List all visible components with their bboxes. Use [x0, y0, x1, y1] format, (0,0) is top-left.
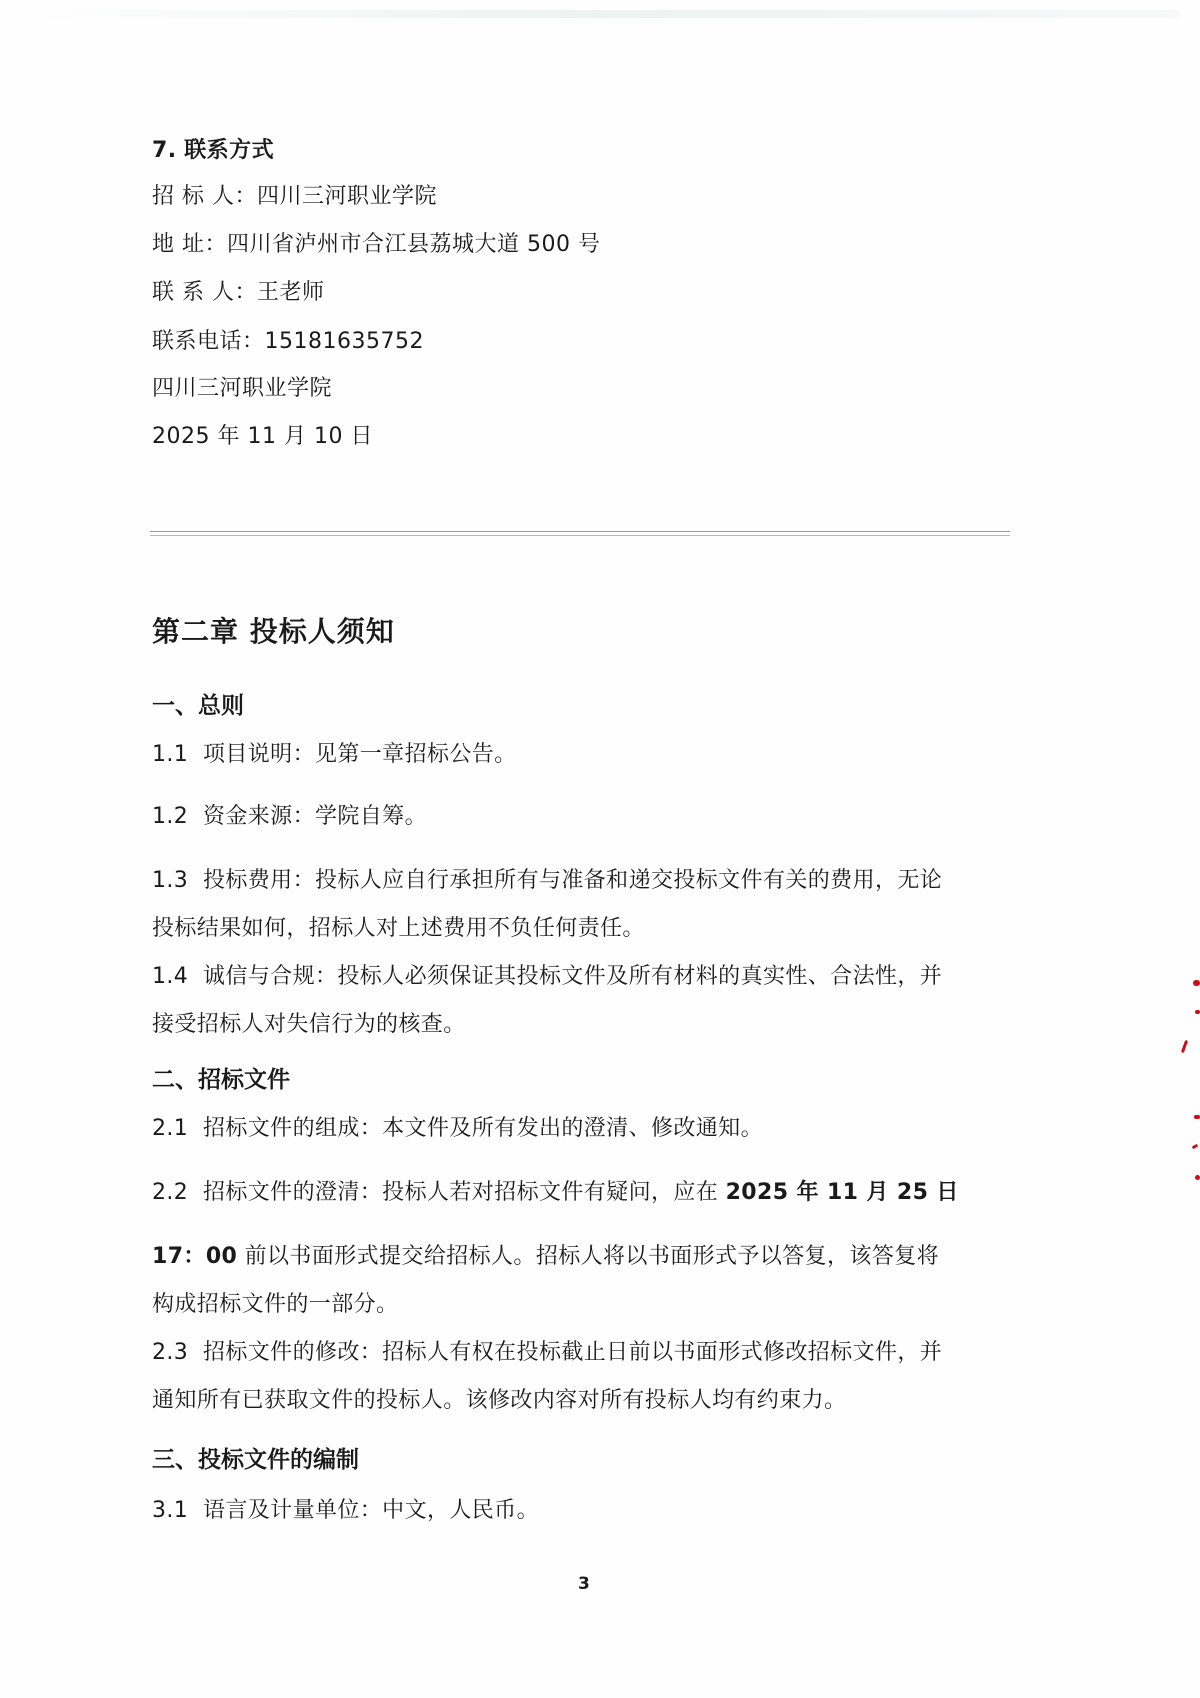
clause-text: 投标费用：投标人应自行承担所有与准备和递交投标文件有关的费用，无论 [203, 868, 942, 893]
clause-2-2-continued: 17：00 前以书面形式提交给招标人。招标人将以书面形式予以答复，该答复将 [152, 1242, 1012, 1272]
phone-row: 联系电话：15181635752 [152, 327, 424, 357]
clause-1-4-continued: 接受招标人对失信行为的核查。 [152, 1010, 1012, 1040]
chapter-title: 第二章 投标人须知 [152, 612, 395, 652]
clause-1-3-continued: 投标结果如何，招标人对上述费用不负任何责任。 [152, 914, 1012, 944]
document-page: 7. 联系方式 招 标 人：四川三河职业学院 地 址：四川省泸州市合江县荔城大道… [0, 0, 1200, 1698]
clarification-deadline-date: 2025 年 11 月 25 日 [726, 1180, 959, 1205]
address-value: 四川省泸州市合江县荔城大道 500 号 [227, 232, 600, 257]
contact-person-row: 联 系 人：王老师 [152, 278, 325, 308]
clause-1-2: 1.2 资金来源：学院自筹。 [152, 802, 1012, 832]
phone-label: 联系电话： [152, 329, 265, 354]
contact-heading: 7. 联系方式 [152, 136, 274, 166]
clause-2-2: 2.2 招标文件的澄清：投标人若对招标文件有疑问，应在 2025 年 11 月 … [152, 1178, 1012, 1208]
clause-text: 语言及计量单位：中文，人民币。 [203, 1498, 539, 1523]
section-heading-tender-docs: 二、招标文件 [152, 1064, 290, 1096]
clause-number: 1.1 [152, 742, 188, 767]
scan-artifact [10, 10, 1180, 18]
phone-value: 15181635752 [265, 329, 424, 354]
clause-text: 资金来源：学院自筹。 [203, 804, 427, 829]
tenderer-row: 招 标 人：四川三河职业学院 [152, 182, 437, 212]
clause-2-2-end: 构成招标文件的一部分。 [152, 1290, 1012, 1320]
contact-person-label: 联 系 人： [152, 280, 257, 305]
clarification-deadline-time: 17：00 [152, 1244, 237, 1269]
clause-text: 招标文件的修改：招标人有权在投标截止日前以书面形式修改招标文件，并 [203, 1340, 942, 1365]
clause-1-1: 1.1 项目说明：见第一章招标公告。 [152, 740, 1012, 770]
clause-number: 2.1 [152, 1116, 188, 1141]
clause-number: 3.1 [152, 1498, 188, 1523]
contact-heading-number: 7. [152, 138, 177, 163]
clause-text: 招标文件的组成：本文件及所有发出的澄清、修改通知。 [203, 1116, 763, 1141]
contact-heading-text: 联系方式 [184, 138, 274, 163]
clause-3-1: 3.1 语言及计量单位：中文，人民币。 [152, 1496, 1012, 1526]
section-heading-general: 一、总则 [152, 690, 244, 722]
clause-text: 前以书面形式提交给招标人。招标人将以书面形式予以答复，该答复将 [237, 1244, 939, 1269]
clause-text: 招标文件的澄清：投标人若对招标文件有疑问，应在 [203, 1180, 726, 1205]
clause-2-3: 2.3 招标文件的修改：招标人有权在投标截止日前以书面形式修改招标文件，并 [152, 1338, 1012, 1368]
clause-number: 2.3 [152, 1340, 188, 1365]
clause-number: 1.4 [152, 964, 188, 989]
clause-number: 1.3 [152, 868, 188, 893]
signature-org: 四川三河职业学院 [152, 374, 332, 404]
clause-number: 2.2 [152, 1180, 188, 1205]
tenderer-value: 四川三河职业学院 [257, 184, 437, 209]
page-number: 3 [578, 1574, 590, 1594]
address-label: 地 址： [152, 232, 227, 257]
section-heading-bid-prep: 三、投标文件的编制 [152, 1444, 359, 1476]
seal-stamp-fragment [1180, 970, 1200, 1210]
section-divider [150, 531, 1010, 536]
clause-2-1: 2.1 招标文件的组成：本文件及所有发出的澄清、修改通知。 [152, 1114, 1012, 1144]
clause-2-3-continued: 通知所有已获取文件的投标人。该修改内容对所有投标人均有约束力。 [152, 1386, 1012, 1416]
address-row: 地 址：四川省泸州市合江县荔城大道 500 号 [152, 230, 600, 260]
signature-date: 2025 年 11 月 10 日 [152, 422, 373, 452]
clause-text: 诚信与合规：投标人必须保证其投标文件及所有材料的真实性、合法性，并 [203, 964, 942, 989]
clause-1-3: 1.3 投标费用：投标人应自行承担所有与准备和递交投标文件有关的费用，无论 [152, 866, 1012, 896]
clause-number: 1.2 [152, 804, 188, 829]
clause-text: 项目说明：见第一章招标公告。 [203, 742, 517, 767]
contact-person-value: 王老师 [257, 280, 325, 305]
tenderer-label: 招 标 人： [152, 184, 257, 209]
clause-1-4: 1.4 诚信与合规：投标人必须保证其投标文件及所有材料的真实性、合法性，并 [152, 962, 1012, 992]
